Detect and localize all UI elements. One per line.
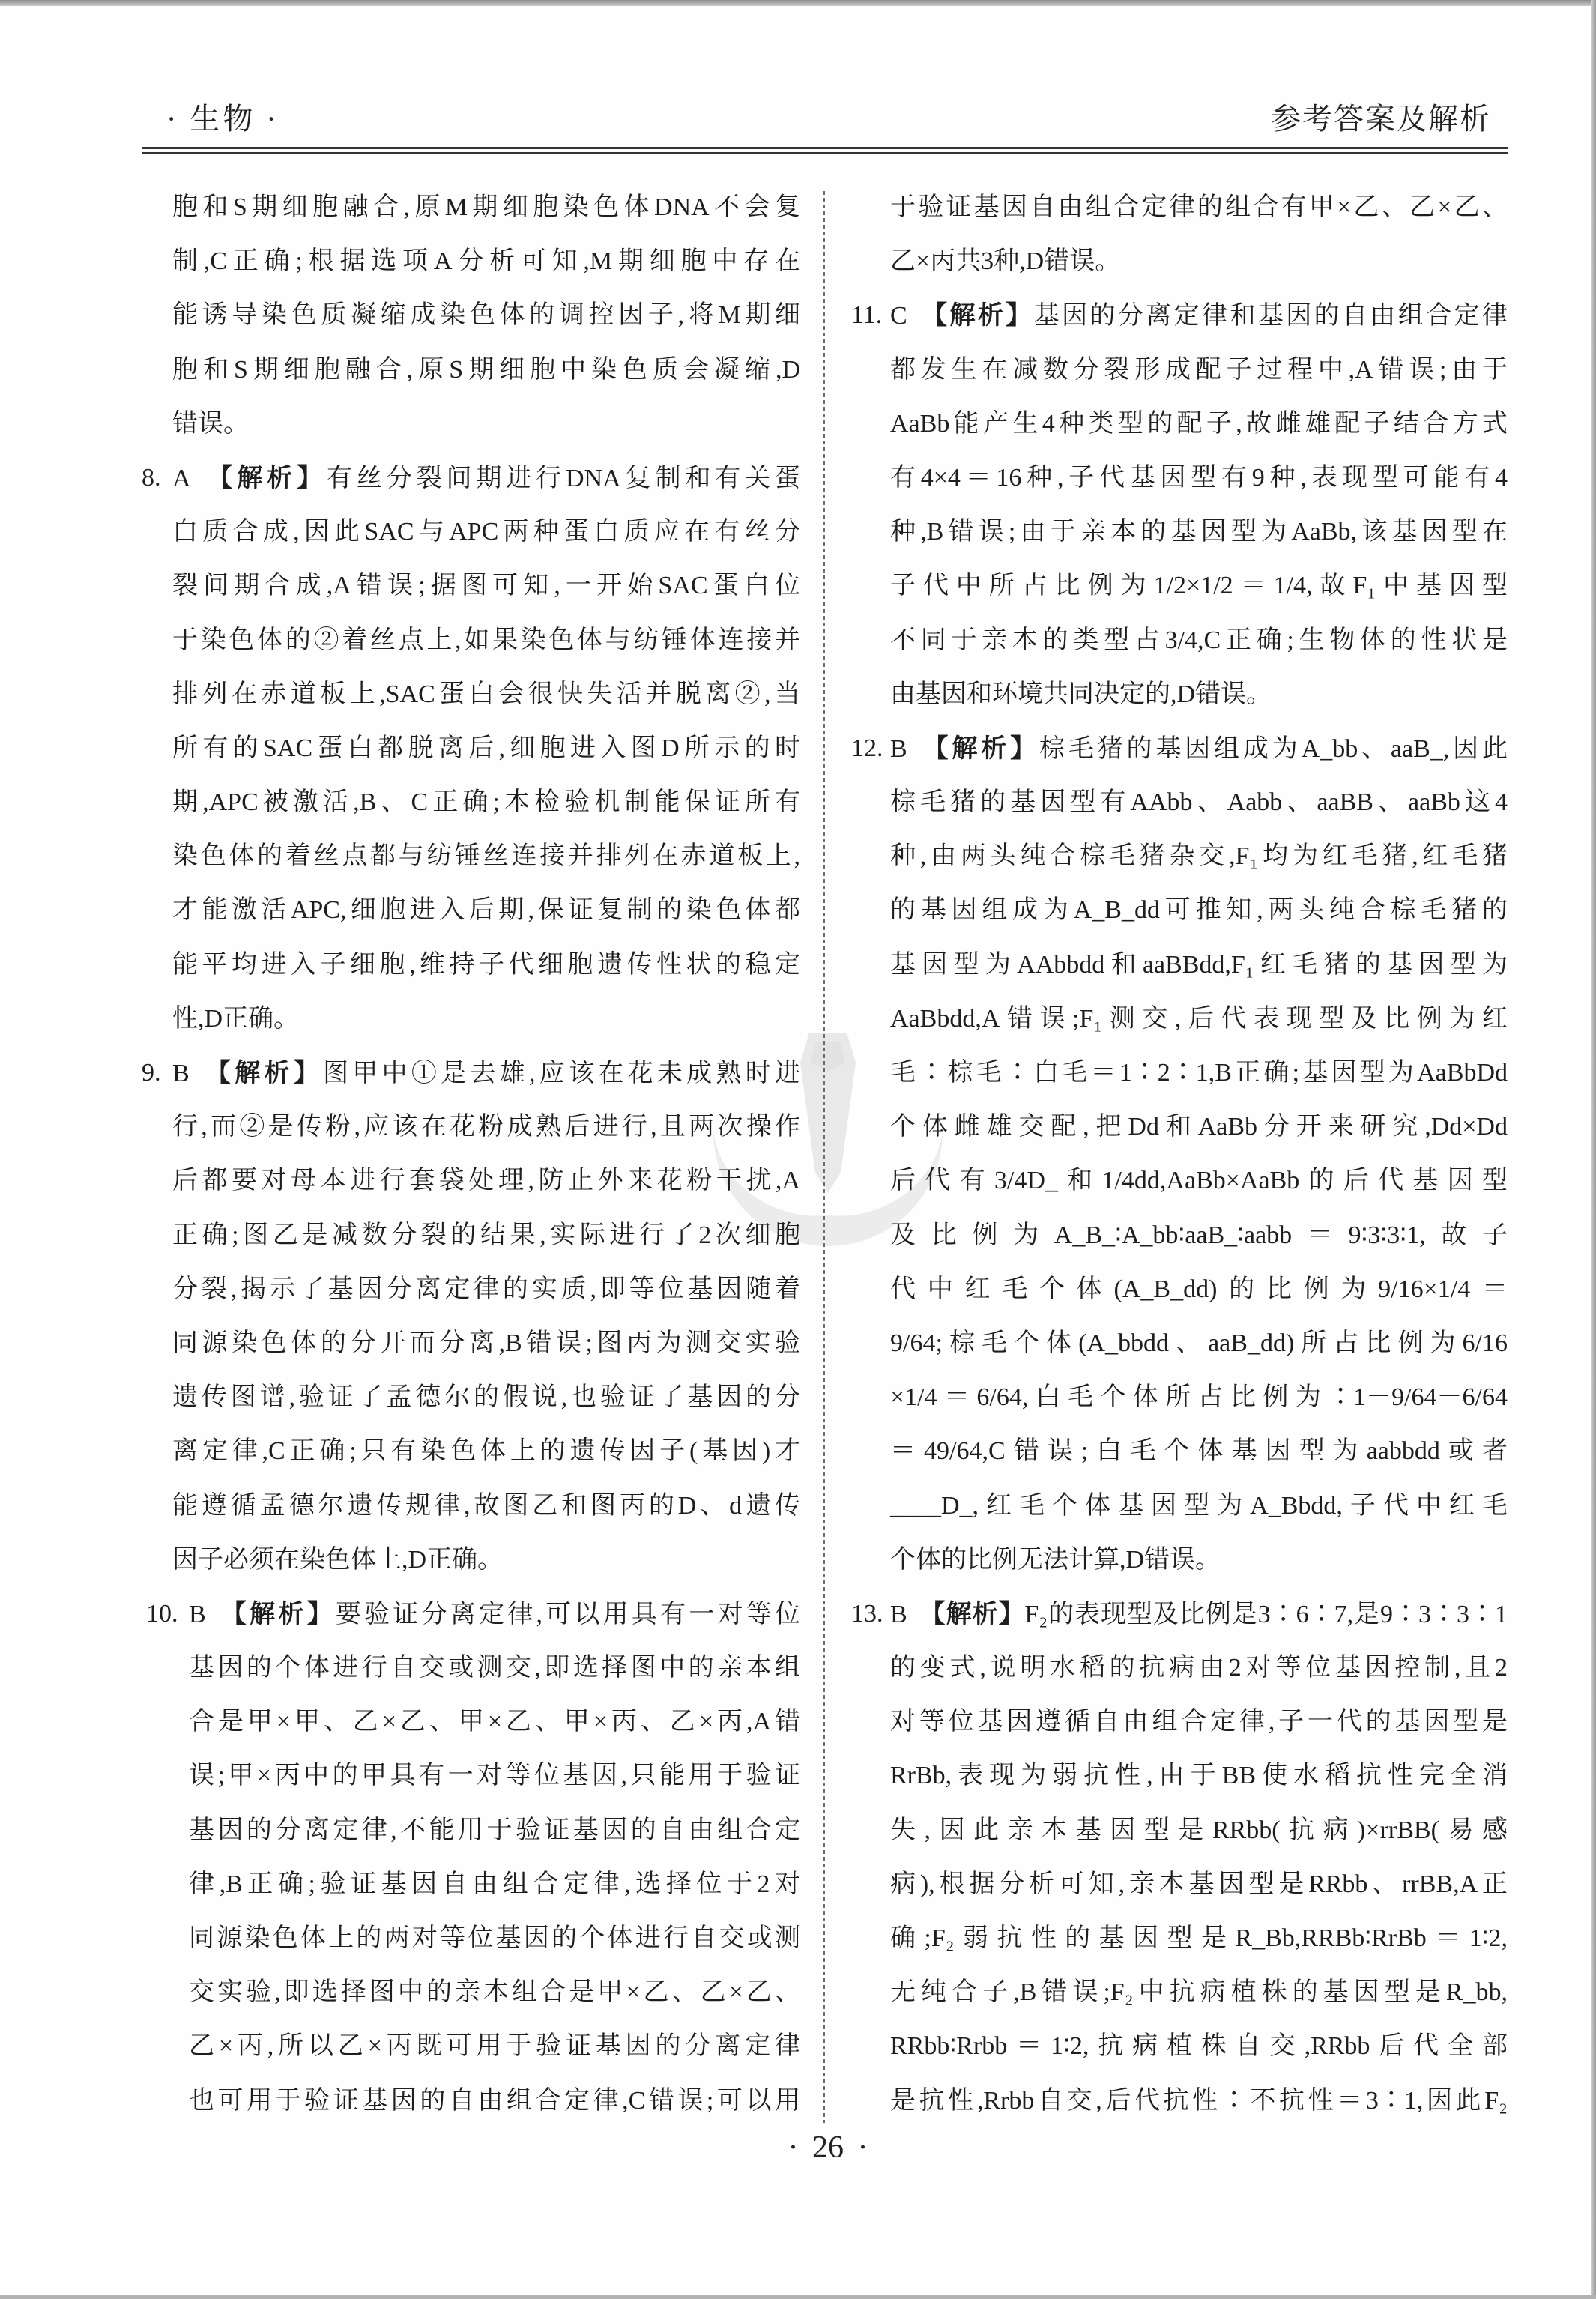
text-line: AaBbdd,A错误;F₁测交,后代表现型及比例为红 (890, 992, 1508, 1046)
text-line: 同源染色体上的两对等位基因的个体进行自交或测 (189, 1912, 800, 1966)
text-line: 个体雌雄交配,把Dd和AaBb分开来研究,Dd×Dd (890, 1100, 1508, 1154)
question-number: 12. (851, 722, 883, 776)
text-line: 交实验,即选择图中的亲本组合是甲×乙、乙×乙、 (189, 1966, 800, 2019)
text-line: 及比例为A_B_∶A_bb∶aaB_∶aabb＝9∶3∶3∶1,故子 (890, 1209, 1508, 1263)
answer-choice: B (890, 1601, 907, 1628)
question-number: 11. (851, 288, 882, 342)
scan-edge-top (0, 0, 1596, 6)
item-first-line: 11.C【解析】基因的分离定律和基因的自由组合定律 (890, 288, 1508, 342)
text-line: 无纯合子,B错误;F₂中抗病植株的基因型是R_bb, (890, 1966, 1508, 2019)
text-line: AaBb能产生4种类型的配子,故雌雄配子结合方式 (890, 397, 1508, 451)
text-line: 后都要对母本进行套袋处理,防止外来花粉干扰,A (172, 1154, 800, 1208)
scan-edge-bottom (0, 2295, 1596, 2299)
text-line: 裂间期合成,A错误;据图可知,一开始SAC蛋白位 (172, 559, 800, 613)
text-line: 于染色体的②着丝点上,如果染色体与纺锤体连接并 (172, 614, 800, 668)
question-number: 8. (142, 451, 161, 505)
text-line: 合是甲×甲、乙×乙、甲×乙、甲×丙、乙×丙,A错 (189, 1695, 800, 1749)
text-line: 染色体的着丝点都与纺锤丝连接并排列在赤道板上, (172, 830, 800, 883)
text-line: 制,C正确;根据选项A分析可知,M期细胞中存在 (172, 235, 800, 288)
text-line-content: 有丝分裂间期进行DNA复制和有关蛋 (327, 465, 800, 492)
item-first-line: 10.B【解析】要验证分离定律,可以用具有一对等位 (189, 1587, 800, 1641)
text-line-content: 要验证分离定律,可以用具有一对等位 (336, 1601, 800, 1628)
text-line: 确;F₂弱抗性的基因型是R_Bb,RRBb∶RrBb＝1∶2, (890, 1912, 1508, 1966)
analysis-tag: 【解析】 (218, 1599, 336, 1629)
text-line: ＝49/64,C错误;白毛个体基因型为aabbdd或者 (890, 1425, 1508, 1478)
text-line: 棕毛猪的基因型有AAbb、Aabb、aaBB、aaBb这4 (890, 776, 1508, 830)
question-number: 10. (146, 1587, 178, 1641)
text-line: 律,B正确;验证基因自由组合定律,选择位于2对 (189, 1858, 800, 1912)
text-line: 9/64;棕毛个体(A_bbdd、aaB_dd)所占比例为6/16 (890, 1317, 1508, 1371)
text-line: 同源染色体的分开而分离,B错误;图丙为测交实验 (172, 1317, 800, 1371)
answer-item-9: 9.B【解析】图甲中①是去雄,应该在花未成熟时进 行,而②是传粉,应该在花粉成熟… (141, 1046, 800, 1587)
text-line: 能诱导染色质凝缩成染色体的调控因子,将M期细 (172, 288, 800, 342)
text-line: 对等位基因遵循自由组合定律,子一代的基因型是 (890, 1695, 1508, 1749)
text-line: 病),根据分析可知,亲本基因型是RRbb、rrBB,A正 (890, 1858, 1508, 1912)
text-line: 能遵循孟德尔遗传规律,故图乙和图丙的D、d遗传 (172, 1479, 800, 1533)
answer-continuation: 胞和S期细胞融合,原M期细胞染色体DNA不会复 制,C正确;根据选项A分析可知,… (141, 181, 800, 451)
text-line: 离定律,C正确;只有染色体上的遗传因子(基因)才 (172, 1425, 800, 1478)
text-line: 后代有3/4D_和1/4dd,AaBb×AaBb的后代基因型 (890, 1154, 1508, 1208)
text-line: 误;甲×丙中的甲具有一对等位基因,只能用于验证 (189, 1749, 800, 1803)
text-line: 正确;图乙是减数分裂的结果,实际进行了2次细胞 (172, 1209, 800, 1263)
answer-choice: B (172, 1060, 190, 1087)
page-number: · 26 · (753, 2128, 903, 2167)
answer-choice: B (890, 735, 907, 763)
text-line: RrBb,表现为弱抗性,由于BB使水稻抗性完全消 (890, 1749, 1508, 1803)
text-line: 错误。 (172, 397, 800, 451)
answer-choice: A (172, 465, 191, 492)
text-line: 毛∶棕毛∶白毛＝1∶2∶1,B正确;基因型为AaBbDd (890, 1046, 1508, 1100)
text-line: 能平均进入子细胞,维持子代细胞遗传性状的稳定 (172, 938, 800, 992)
text-line: 代中红毛个体(A_B_dd)的比例为9/16×1/4＝ (890, 1263, 1508, 1317)
text-line: ×1/4＝6/64,白毛个体所占比例为∶1－9/64－6/64 (890, 1371, 1508, 1425)
text-line: 的基因组成为A_B_dd可推知,两头纯合棕毛猪的 (890, 883, 1508, 937)
answer-choice: C (890, 302, 907, 330)
text-line: 个体的比例无法计算,D错误。 (890, 1533, 1508, 1587)
answer-item-11: 11.C【解析】基因的分离定律和基因的自由组合定律 都发生在减数分裂形成配子过程… (851, 288, 1508, 722)
item-first-line: 12.B【解析】棕毛猪的基因组成为A_bb、aaB_,因此 (890, 722, 1508, 776)
text-line: 排列在赤道板上,SAC蛋白会很快失活并脱离②,当 (172, 668, 800, 722)
text-line: 遗传图谱,验证了孟德尔的假说,也验证了基因的分 (172, 1371, 800, 1425)
text-line: 所有的SAC蛋白都脱离后,细胞进入图D所示的时 (172, 722, 800, 776)
text-line: 子代中所占比例为1/2×1/2＝1/4,故F₁中基因型 (890, 559, 1508, 613)
answer-item-12: 12.B【解析】棕毛猪的基因组成为A_bb、aaB_,因此 棕毛猪的基因型有AA… (851, 722, 1508, 1587)
text-line: 有4×4＝16种,子代基因型有9种,表现型可能有4 (890, 451, 1508, 505)
text-line: 种,B错误;由于亲本的基因型为AaBb,该基因型在 (890, 505, 1508, 559)
column-divider (823, 191, 825, 2123)
text-line-content: 棕毛猪的基因组成为A_bb、aaB_,因此 (1039, 735, 1508, 763)
text-line: 期,APC被激活,B、C正确;本检验机制能保证所有 (172, 776, 800, 830)
right-column: 于验证基因自由组合定律的组合有甲×乙、乙×乙、 乙×丙共3种,D错误。 11.C… (851, 181, 1508, 2128)
text-line: 种,由两头纯合棕毛猪杂交,F₁均为红毛猪,红毛猪 (890, 830, 1508, 883)
analysis-tag: 【解析】 (919, 1599, 1025, 1629)
answer-item-13: 13.B【解析】F₂的表现型及比例是3∶6∶7,是9∶3∶3∶1 的变式,说明水… (851, 1587, 1508, 2128)
text-line: 的变式,说明水稻的抗病由2对等位基因控制,且2 (890, 1641, 1508, 1695)
text-line: 因子必须在染色体上,D正确。 (172, 1533, 800, 1587)
text-line: 不同于亲本的类型占3/4,C正确;生物体的性状是 (890, 614, 1508, 668)
text-line: 基因的分离定律,不能用于验证基因的自由组合定 (189, 1804, 800, 1858)
text-line-content: 基因的分离定律和基因的自由组合定律 (1034, 302, 1508, 330)
text-line: 失,因此亲本基因型是RRbb(抗病)×rrBB(易感 (890, 1804, 1508, 1858)
answer-item-8: 8.A【解析】有丝分裂间期进行DNA复制和有关蛋 白质合成,因此SAC与APC两… (141, 451, 800, 1046)
text-line-content: 图甲中①是去雄,应该在花未成熟时进 (323, 1060, 800, 1087)
text-line: 白质合成,因此SAC与APC两种蛋白质应在有丝分 (172, 505, 800, 559)
question-number: 13. (851, 1587, 883, 1641)
item-first-line: 9.B【解析】图甲中①是去雄,应该在花未成熟时进 (172, 1046, 800, 1100)
scan-edge-right (1591, 0, 1596, 2299)
text-line: 行,而②是传粉,应该在花粉成熟后进行,且两次操作 (172, 1100, 800, 1154)
text-line: 胞和S期细胞融合,原S期细胞中染色质会凝缩,D (172, 343, 800, 397)
text-line: 由基因和环境共同决定的,D错误。 (890, 668, 1508, 722)
header-rule-bottom (142, 152, 1508, 154)
section-title: 参考答案及解析 (1271, 103, 1491, 136)
text-line: 胞和S期细胞融合,原M期细胞染色体DNA不会复 (172, 181, 800, 235)
text-line: RRbb∶Rrbb＝1∶2,抗病植株自交,RRbb后代全部 (890, 2019, 1508, 2073)
header-rule-top (142, 147, 1508, 149)
text-line: 乙×丙,所以乙×丙既可用于验证基因的分离定律 (189, 2019, 800, 2073)
answer-choice: B (189, 1601, 206, 1628)
text-line: 基因的个体进行自交或测交,即选择图中的亲本组 (189, 1641, 800, 1695)
text-line: 是抗性,Rrbb自交,后代抗性∶不抗性＝3∶1,因此F₂ (890, 2074, 1508, 2128)
answer-item-10-continuation: 于验证基因自由组合定律的组合有甲×乙、乙×乙、 乙×丙共3种,D错误。 (851, 181, 1508, 288)
analysis-tag: 【解析】 (919, 300, 1034, 330)
scanned-page: · 生物 · 参考答案及解析 胞和S期细胞融合,原M期细胞染色体DNA不会复 制… (0, 0, 1596, 2299)
text-line: 于验证基因自由组合定律的组合有甲×乙、乙×乙、 (890, 181, 1508, 235)
text-line: 基因型为AAbbdd和aaBBdd,F₁红毛猪的基因型为 (890, 938, 1508, 992)
text-line: 才能激活APC,细胞进入后期,保证复制的染色体都 (172, 883, 800, 937)
analysis-tag: 【解析】 (919, 734, 1039, 764)
analysis-tag: 【解析】 (203, 463, 327, 493)
text-line: 也可用于验证基因的自由组合定律,C错误;可以用 (189, 2074, 800, 2128)
text-line: 都发生在减数分裂形成配子过程中,A错误;由于 (890, 343, 1508, 397)
answer-item-10: 10.B【解析】要验证分离定律,可以用具有一对等位 基因的个体进行自交或测交,即… (141, 1587, 800, 2128)
item-first-line: 13.B【解析】F₂的表现型及比例是3∶6∶7,是9∶3∶3∶1 (890, 1587, 1508, 1641)
text-line: ____D_,红毛个体基因型为A_Bbdd,子代中红毛 (890, 1479, 1508, 1533)
text-line: 分裂,揭示了基因分离定律的实质,即等位基因随着 (172, 1263, 800, 1317)
analysis-tag: 【解析】 (202, 1058, 323, 1088)
item-first-line: 8.A【解析】有丝分裂间期进行DNA复制和有关蛋 (172, 451, 800, 505)
text-line-content: F₂的表现型及比例是3∶6∶7,是9∶3∶3∶1 (1024, 1601, 1508, 1628)
left-column: 胞和S期细胞融合,原M期细胞染色体DNA不会复 制,C正确;根据选项A分析可知,… (141, 181, 800, 2128)
text-line: 乙×丙共3种,D错误。 (890, 235, 1508, 288)
question-number: 9. (142, 1046, 161, 1100)
text-line: 性,D正确。 (172, 992, 800, 1046)
subject-title: · 生物 · (166, 103, 279, 136)
